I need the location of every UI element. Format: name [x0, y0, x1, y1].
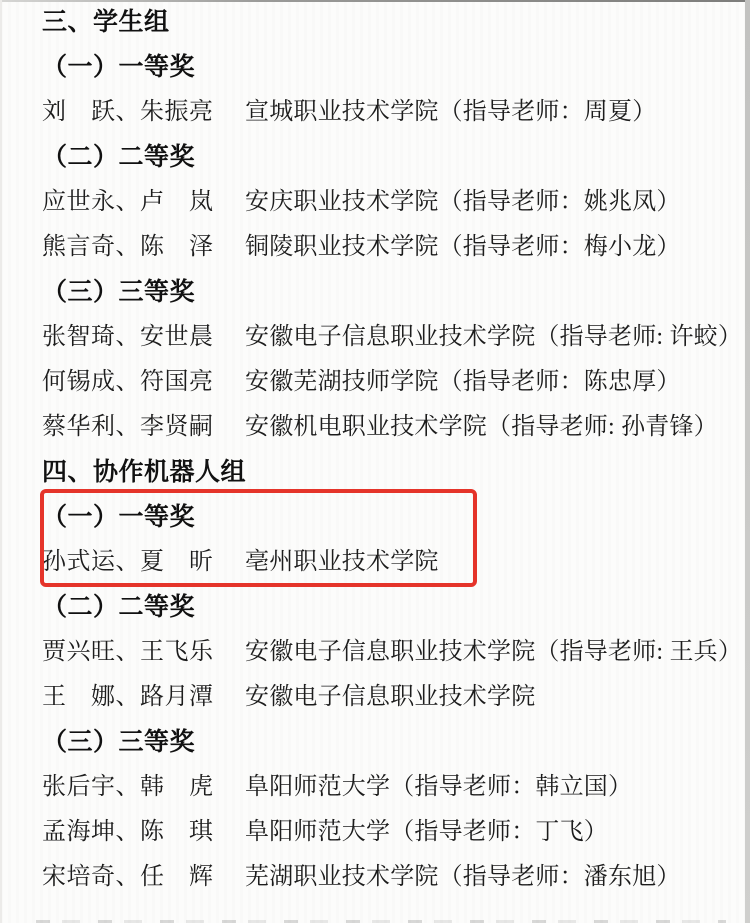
- winner-names: 刘 跃、朱振亮: [42, 90, 245, 135]
- award-heading: （二）二等奖: [42, 585, 738, 630]
- winner-names: 熊言奇、陈 泽: [42, 225, 245, 270]
- section-title: 三、学生组: [42, 0, 738, 45]
- winner-names: 王 娜、路月潭: [42, 675, 245, 720]
- winner-row: 贾兴旺、王飞乐安徽电子信息职业技术学院（指导老师: 王兵）: [42, 630, 738, 675]
- award-heading: （三）三等奖: [42, 720, 738, 765]
- award-heading: （三）三等奖: [42, 270, 738, 315]
- photo-right-edge: [745, 0, 750, 923]
- award-document-page: 三、学生组（一）一等奖刘 跃、朱振亮宣城职业技术学院（指导老师：周夏）（二）二等…: [0, 0, 750, 923]
- winner-institution-and-advisor: 安徽机电职业技术学院（指导老师: 孙青锋）: [245, 405, 718, 450]
- winner-institution-and-advisor: 亳州职业技术学院: [245, 540, 439, 585]
- winner-row: 应世永、卢 岚安庆职业技术学院（指导老师：姚兆凤）: [42, 180, 738, 225]
- winner-row: 孙式运、夏 昕亳州职业技术学院: [42, 540, 738, 585]
- winner-row: 张智琦、安世晨安徽电子信息职业技术学院（指导老师: 许蛟）: [42, 315, 738, 360]
- winner-names: 蔡华利、李贤嗣: [42, 405, 245, 450]
- winner-institution-and-advisor: 宣城职业技术学院（指导老师：周夏）: [245, 90, 656, 135]
- winner-names: 张智琦、安世晨: [42, 315, 245, 360]
- winner-row: 宋培奇、任 辉芜湖职业技术学院（指导老师：潘东旭）: [42, 855, 738, 900]
- winner-institution-and-advisor: 安徽芜湖技师学院（指导老师：陈忠厚）: [245, 360, 681, 405]
- winner-row: 王 娜、路月潭安徽电子信息职业技术学院: [42, 675, 738, 720]
- award-heading: （一）一等奖: [42, 495, 738, 540]
- winner-names: 宋培奇、任 辉: [42, 855, 245, 900]
- winner-institution-and-advisor: 安徽电子信息职业技术学院: [245, 675, 535, 720]
- section-title: 四、协作机器人组: [42, 450, 738, 495]
- winner-row: 张后宇、韩 虎阜阳师范大学（指导老师：韩立国）: [42, 765, 738, 810]
- winner-names: 孙式运、夏 昕: [42, 540, 245, 585]
- photo-left-edge: [0, 0, 2, 923]
- winner-institution-and-advisor: 阜阳师范大学（指导老师：丁飞）: [245, 810, 608, 855]
- winner-institution-and-advisor: 安徽电子信息职业技术学院（指导老师: 王兵）: [245, 630, 742, 675]
- winner-row: 蔡华利、李贤嗣安徽机电职业技术学院（指导老师: 孙青锋）: [42, 405, 738, 450]
- winner-row: 何锡成、符国亮安徽芜湖技师学院（指导老师：陈忠厚）: [42, 360, 738, 405]
- award-heading: （二）二等奖: [42, 135, 738, 180]
- winner-row: 孟海坤、陈 琪阜阳师范大学（指导老师：丁飞）: [42, 810, 738, 855]
- winner-row: 刘 跃、朱振亮宣城职业技术学院（指导老师：周夏）: [42, 90, 738, 135]
- award-heading: （一）一等奖: [42, 45, 738, 90]
- winner-names: 贾兴旺、王飞乐: [42, 630, 245, 675]
- winner-row: 熊言奇、陈 泽铜陵职业技术学院（指导老师：梅小龙）: [42, 225, 738, 270]
- winner-institution-and-advisor: 安庆职业技术学院（指导老师：姚兆凤）: [245, 180, 681, 225]
- winner-names: 应世永、卢 岚: [42, 180, 245, 225]
- winner-institution-and-advisor: 阜阳师范大学（指导老师：韩立国）: [245, 765, 632, 810]
- winner-institution-and-advisor: 铜陵职业技术学院（指导老师：梅小龙）: [245, 225, 681, 270]
- winner-names: 何锡成、符国亮: [42, 360, 245, 405]
- winner-names: 孟海坤、陈 琪: [42, 810, 245, 855]
- winner-institution-and-advisor: 安徽电子信息职业技术学院（指导老师: 许蛟）: [245, 315, 742, 360]
- document-content: 三、学生组（一）一等奖刘 跃、朱振亮宣城职业技术学院（指导老师：周夏）（二）二等…: [42, 0, 738, 900]
- winner-names: 张后宇、韩 虎: [42, 765, 245, 810]
- winner-institution-and-advisor: 芜湖职业技术学院（指导老师：潘东旭）: [245, 855, 681, 900]
